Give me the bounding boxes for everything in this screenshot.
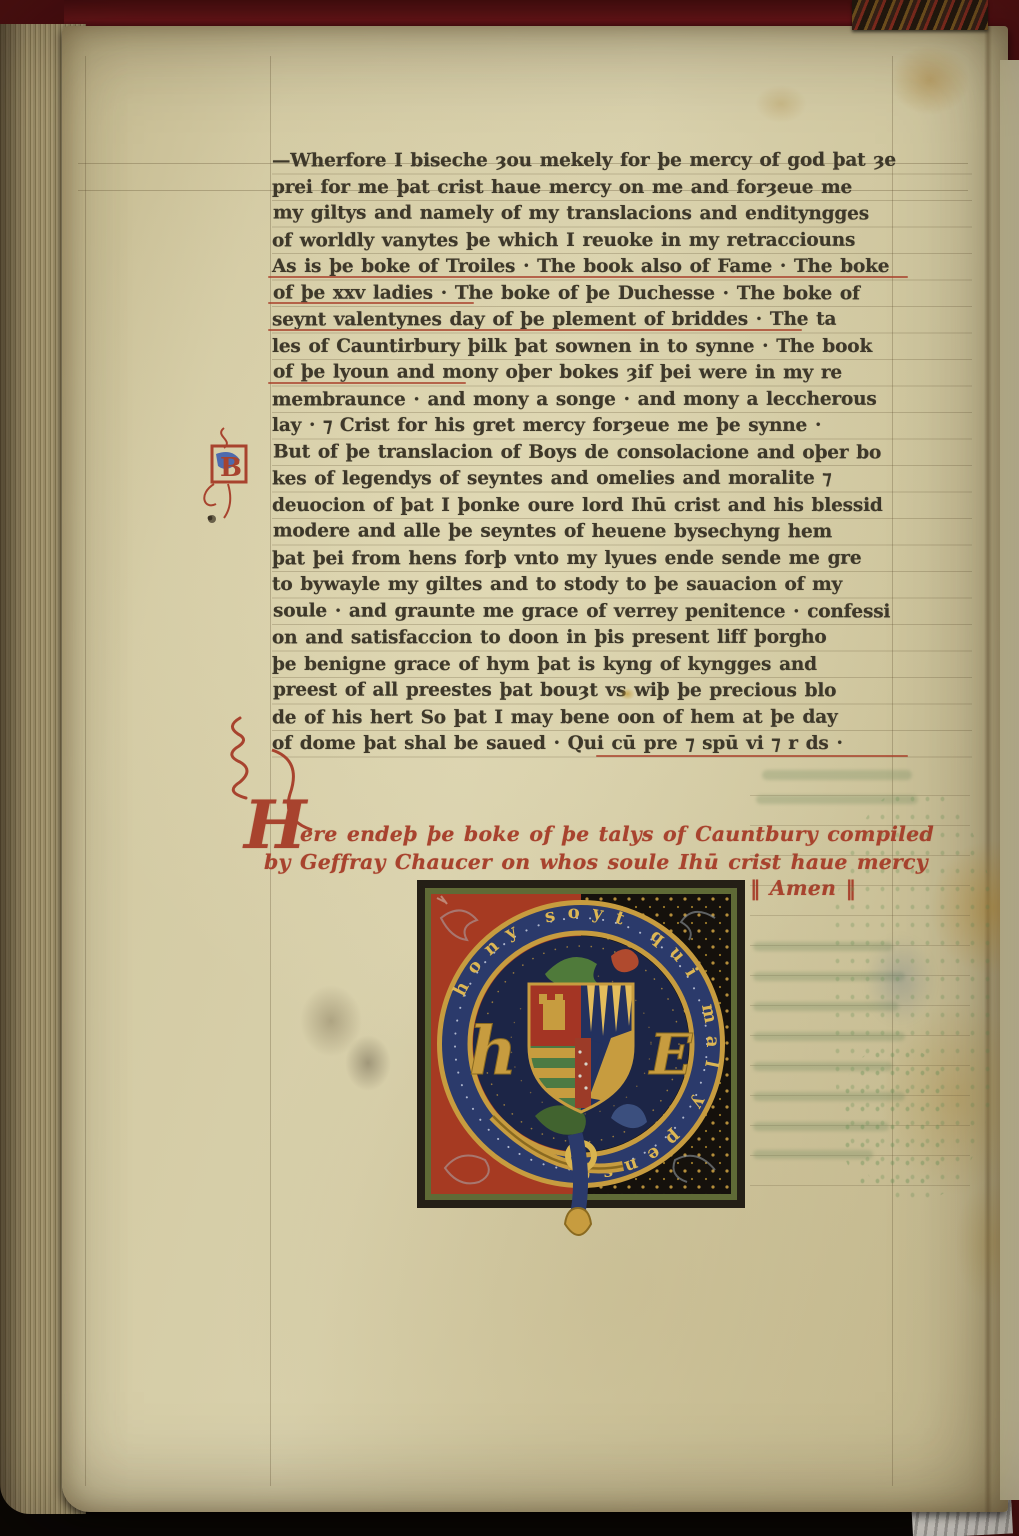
show-through-text [753, 942, 893, 951]
manuscript-line: kes of legendys of seyntes and omelies a… [272, 468, 972, 495]
manuscript-line: to bywayle my giltes and to stody to þe … [272, 574, 972, 601]
red-underline [596, 755, 908, 757]
photograph-of-manuscript: { "document": { "type_label": "Medieval … [0, 0, 1019, 1536]
manuscript-line: of þe xxv ladies · The boke of þe Duches… [273, 282, 973, 309]
red-underline [268, 302, 474, 304]
manuscript-line: But of þe translacion of Boys de consola… [273, 441, 973, 468]
ruling-line-vertical-left [85, 56, 86, 1486]
guide-initial-letter: B [220, 453, 242, 483]
manuscript-line: lay · ⁊ Crist for his gret mercy forȝeue… [272, 415, 972, 442]
show-through-text [756, 795, 918, 804]
adjacent-leaf-edge [1000, 60, 1019, 1500]
manuscript-line: soule · and graunte me grace of verrey p… [273, 600, 973, 627]
manuscript-line: on and satisfaccion to doon in þis prese… [272, 627, 972, 654]
show-through-text [762, 770, 912, 780]
manuscript-line: þat þei from hens forþ vnto my lyues end… [272, 547, 972, 574]
show-through-text [753, 1032, 905, 1041]
manuscript-line: seynt valentynes day of þe plement of br… [272, 309, 972, 336]
manuscript-line: prei for me þat crist haue mercy on me a… [272, 177, 972, 204]
manuscript-line: —Wherfore I biseche ȝou mekely for þe me… [272, 150, 972, 177]
manuscript-line: de of his hert So þat I may bene oon of … [272, 706, 972, 733]
ruling-ghost [750, 766, 970, 1196]
manuscript-page: —Wherfore I biseche ȝou mekely for þe me… [62, 26, 1008, 1512]
manuscript-line: As is þe boke of Troiles · The book also… [272, 256, 972, 283]
fore-edge-fold-shadow [984, 26, 992, 1512]
manuscript-line: of worldly vanytes þe which I reuoke in … [272, 229, 972, 256]
manuscript-line: þe benigne grace of hym þat is kyng of k… [272, 654, 972, 681]
show-through-text [753, 1092, 905, 1101]
smudge [300, 985, 362, 1057]
guide-initial-penwork: B [194, 424, 258, 528]
manuscript-line: my giltys and namely of my translacions … [273, 203, 973, 230]
manuscript-line: of þe lyoun and mony oþer bokes ȝif þei … [273, 362, 973, 389]
show-through-text [753, 1150, 873, 1159]
red-underline [268, 276, 908, 278]
show-through-text [753, 1002, 899, 1011]
red-underline [268, 382, 466, 384]
show-through-text [753, 1062, 893, 1071]
medallion-letter-left: h [469, 1012, 517, 1090]
stain [890, 45, 970, 115]
manuscript-line: les of Cauntirbury þilk þat sownen in to… [272, 336, 972, 363]
stain [755, 85, 807, 123]
manuscript-line: modere and alle þe seyntes of heuene bys… [273, 521, 973, 548]
text-block: —Wherfore I biseche ȝou mekely for þe me… [272, 150, 972, 760]
medallion-letter-right: E [648, 1022, 694, 1088]
manuscript-line: deuocion of þat I þonke oure lord Ihū cr… [272, 495, 972, 522]
smudge [345, 1035, 391, 1091]
armorial-medallion: hony soyt qui mal y pense h E [415, 878, 747, 1250]
manuscript-line: preest of all preestes þat bouȝt vs wiþ … [273, 680, 973, 707]
manuscript-line: membraunce · and mony a songe · and mony… [272, 388, 972, 415]
woven-bookmark-ribbon [852, 0, 988, 30]
show-through-text [753, 1122, 889, 1131]
red-underline [268, 329, 802, 331]
show-through-text [753, 972, 905, 981]
